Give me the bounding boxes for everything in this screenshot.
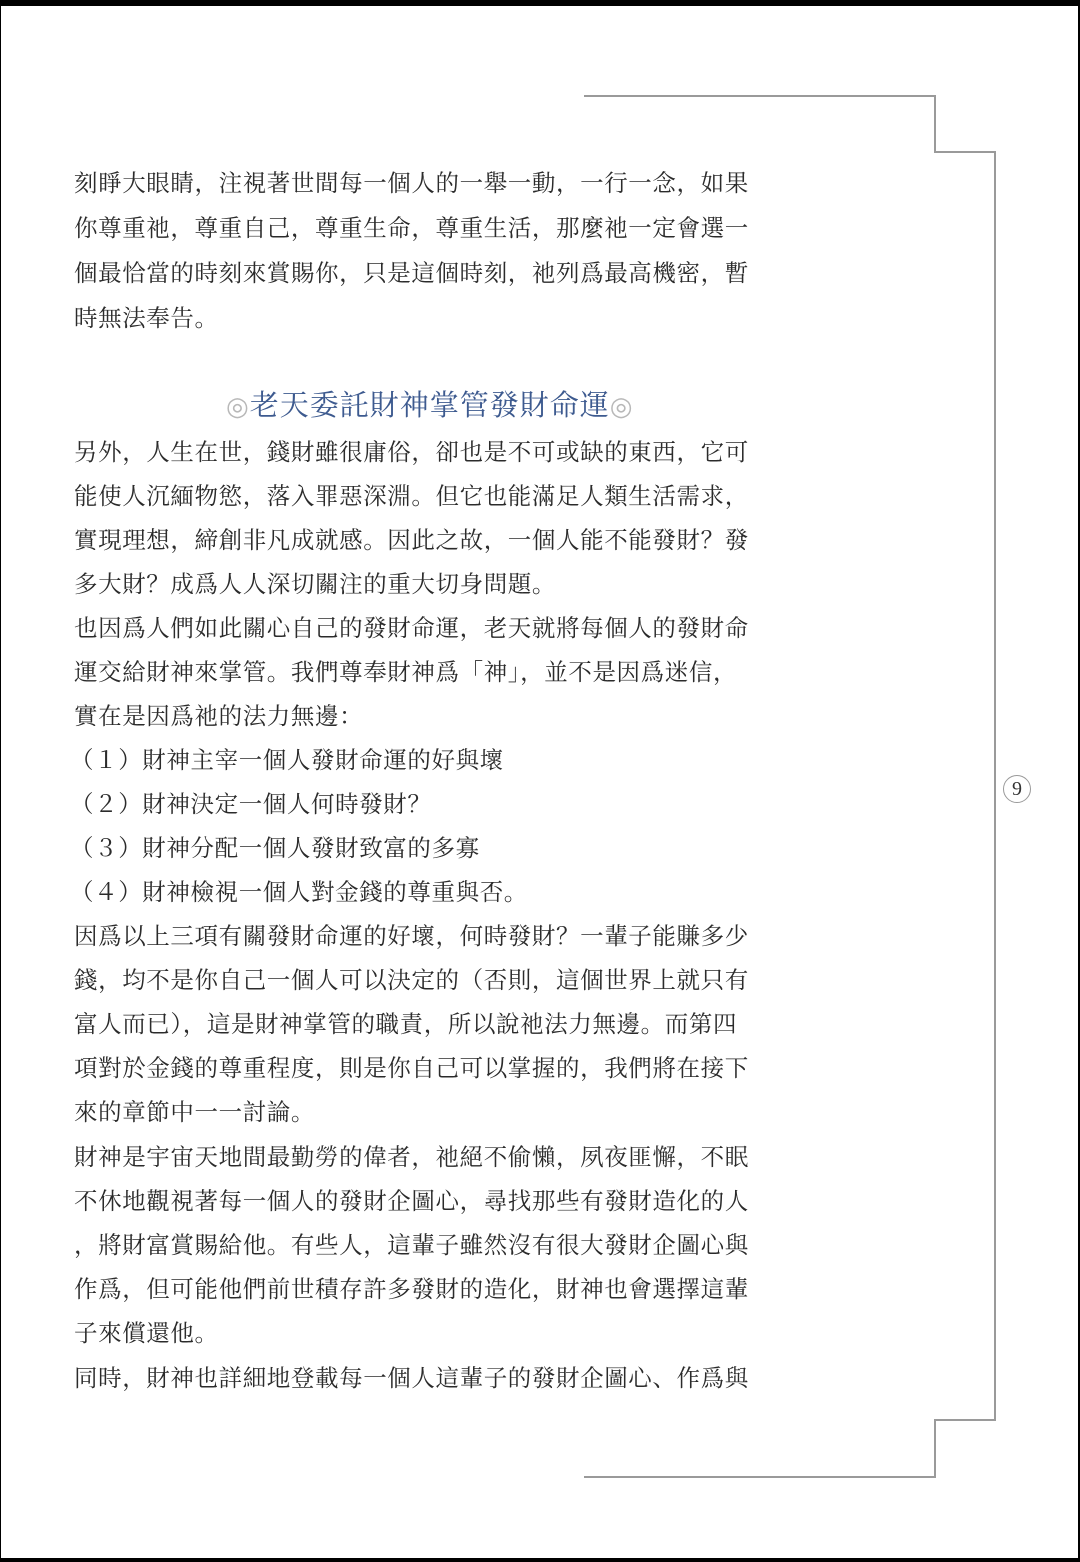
intro-line-4: 時無法奉告。 [74, 303, 219, 333]
intro-line-3: 個最恰當的時刻來賞賜你，只是這個時刻，祂列爲最高機密，暫 [74, 258, 749, 288]
paragraph-3-line-4: 項對於金錢的尊重程度，則是你自己可以掌握的，我們將在接下 [74, 1053, 749, 1083]
paragraph-3-line-3: 富人而已），這是財神掌管的職責，所以說祂法力無邊。而第四 [74, 1009, 737, 1039]
paragraph-3-line-1: 因爲以上三項有關發財命運的好壞，何時發財？一輩子能賺多少 [74, 921, 749, 951]
page-number: 9 [1003, 775, 1031, 803]
paragraph-4-line-2: 不休地觀視著每一個人的發財企圖心，尋找那些有發財造化的人 [74, 1186, 749, 1216]
paragraph-4-line-3: ，將財富賞賜給他。有些人，這輩子雖然沒有很大發財企圖心與 [74, 1230, 749, 1260]
intro-line-1: 刻睜大眼睛，注視著世間每一個人的一舉一動，一行一念，如果 [74, 168, 749, 198]
paragraph-1-line-2: 能使人沉緬物慾，落入罪惡深淵。但它也能滿足人類生活需求， [74, 481, 749, 511]
paragraph-4-line-4: 作爲，但可能他們前世積存許多發財的造化，財神也會選擇這輩 [74, 1274, 749, 1304]
double-circle-icon: ◎ [226, 392, 250, 422]
paragraph-4-line-5: 子來償還他。 [74, 1318, 219, 1348]
section-heading: ◎老天委託財神掌管發財命運◎ [226, 385, 633, 427]
paragraph-2-line-3: 實在是因爲祂的法力無邊： [74, 701, 363, 731]
paragraph-2-line-1: 也因爲人們如此關心自己的發財命運，老天就將每個人的發財命 [74, 613, 749, 643]
paragraph-1-line-1: 另外，人生在世，錢財雖很庸俗，卻也是不可或缺的東西，它可 [74, 437, 749, 467]
list-item-3: （３）財神分配一個人發財致富的多寡 [70, 833, 480, 863]
list-item-1: （１）財神主宰一個人發財命運的好與壞 [70, 745, 504, 775]
intro-line-2: 你尊重祂，尊重自己，尊重生命，尊重生活，那麼祂一定會選一 [74, 213, 749, 243]
list-item-2: （２）財神決定一個人何時發財？ [70, 789, 432, 819]
paragraph-5-line-1: 同時，財神也詳細地登載每一個人這輩子的發財企圖心、作爲與 [74, 1363, 749, 1393]
double-circle-icon: ◎ [610, 392, 634, 422]
paragraph-3-line-2: 錢，均不是你自己一個人可以決定的（否則，這個世界上就只有 [74, 965, 749, 995]
paragraph-2-line-2: 運交給財神來掌管。我們尊奉財神爲「神」，並不是因爲迷信， [74, 657, 737, 687]
paragraph-3-line-5: 來的章節中一一討論。 [74, 1097, 315, 1127]
list-item-4: （４）財神檢視一個人對金錢的尊重與否。 [70, 877, 528, 907]
paragraph-1-line-4: 多大財？成爲人人深切關注的重大切身問題。 [74, 569, 556, 599]
section-heading-text: 老天委託財神掌管發財命運 [250, 388, 610, 422]
paragraph-4-line-1: 財神是宇宙天地間最勤勞的偉者，祂絕不偷懶，夙夜匪懈，不眠 [74, 1142, 749, 1172]
paragraph-1-line-3: 實現理想，締創非凡成就感。因此之故，一個人能不能發財？發 [74, 525, 749, 555]
